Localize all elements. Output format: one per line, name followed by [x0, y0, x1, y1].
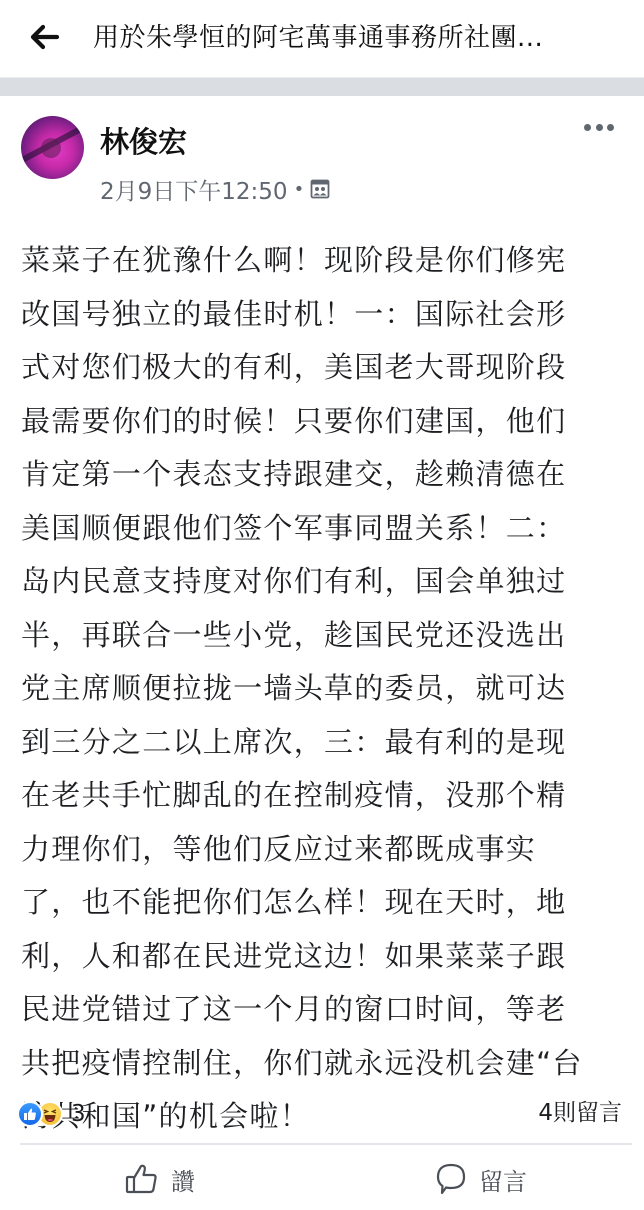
post-text-line: 湾共和国”的机会啦！: [21, 1090, 626, 1144]
back-button[interactable]: [28, 22, 62, 52]
more-dot: [596, 124, 603, 131]
post-text-line: 共把疫情控制住，你们就永远没机会建“台: [21, 1037, 626, 1091]
post-text-line: 党主席顺便拉拢一墙头草的委员，就可达: [21, 662, 626, 716]
like-label: 讚: [171, 1162, 195, 1197]
post-text-line: 在老共手忙脚乱的在控制疫情，没那个精: [21, 769, 626, 823]
post-text-line: 最需要你们的时候！只要你们建国，他们: [21, 395, 626, 449]
more-dot: [607, 124, 614, 131]
more-dots-icon: [584, 124, 591, 131]
post-text-line: 到三分之二以上席次，三：最有利的是现: [21, 716, 626, 770]
group-members-icon: [310, 179, 330, 199]
post-timestamp[interactable]: 2月9日下午12:50: [100, 173, 288, 206]
more-options-button[interactable]: [584, 120, 614, 134]
post-actions: 讚 留言: [0, 1145, 644, 1210]
post-meta: 2月9日下午12:50 •: [100, 174, 330, 204]
like-reaction-icon: [17, 1101, 43, 1127]
like-button[interactable]: 讚: [125, 1159, 195, 1199]
comments-count-link[interactable]: 4則留言: [538, 1096, 622, 1130]
post-text-line: 肯定第一个表态支持跟建交，趁赖清德在: [21, 448, 626, 502]
post-text-line: 菜菜子在犹豫什么啊！现阶段是你们修宪: [21, 234, 626, 288]
post-text-line: 力理你们，等他们反应过来都既成事实: [21, 823, 626, 877]
thumbs-up-icon: [125, 1163, 159, 1195]
post-text-line: 民进党错过了这一个月的窗口时间，等老: [21, 983, 626, 1037]
post-text-line: 式对您们极大的有利，美国老大哥现阶段: [21, 341, 626, 395]
post-text-line: 半，再联合一些小党，趁国民党还没选出: [21, 609, 626, 663]
post-text-line: 了，也不能把你们怎么样！现在天时，地: [21, 876, 626, 930]
speech-bubble-icon: [435, 1162, 467, 1196]
arrow-left-icon: [30, 24, 60, 50]
post-text: 菜菜子在犹豫什么啊！现阶段是你们修宪 改国号独立的最佳时机！一：国际社会形 式对…: [21, 234, 626, 1144]
author-avatar[interactable]: [21, 116, 84, 179]
comment-label: 留言: [479, 1162, 527, 1197]
reaction-count: 3: [71, 1101, 86, 1127]
post-text-line: 利，人和都在民进党这边！如果菜菜子跟: [21, 930, 626, 984]
group-title[interactable]: 用於朱學恒的阿宅萬事通事務所社團...: [93, 18, 543, 58]
meta-separator: •: [294, 179, 305, 200]
top-bar: 用於朱學恒的阿宅萬事通事務所社團...: [0, 0, 644, 77]
post-text-line: 改国号独立的最佳时机！一：国际社会形: [21, 288, 626, 342]
post-text-line: 岛内民意支持度对你们有利，国会单独过: [21, 555, 626, 609]
author-name[interactable]: 林俊宏: [100, 124, 187, 160]
section-divider: [0, 77, 644, 96]
post-card: 林俊宏 2月9日下午12:50 • 菜菜子在犹豫什么啊！现阶段是你们修宪 改国号…: [0, 96, 644, 1210]
reactions-summary[interactable]: 3: [17, 1099, 86, 1129]
comment-button[interactable]: 留言: [435, 1159, 527, 1199]
post-text-line: 美国顺便跟他们签个军事同盟关系！二：: [21, 502, 626, 556]
